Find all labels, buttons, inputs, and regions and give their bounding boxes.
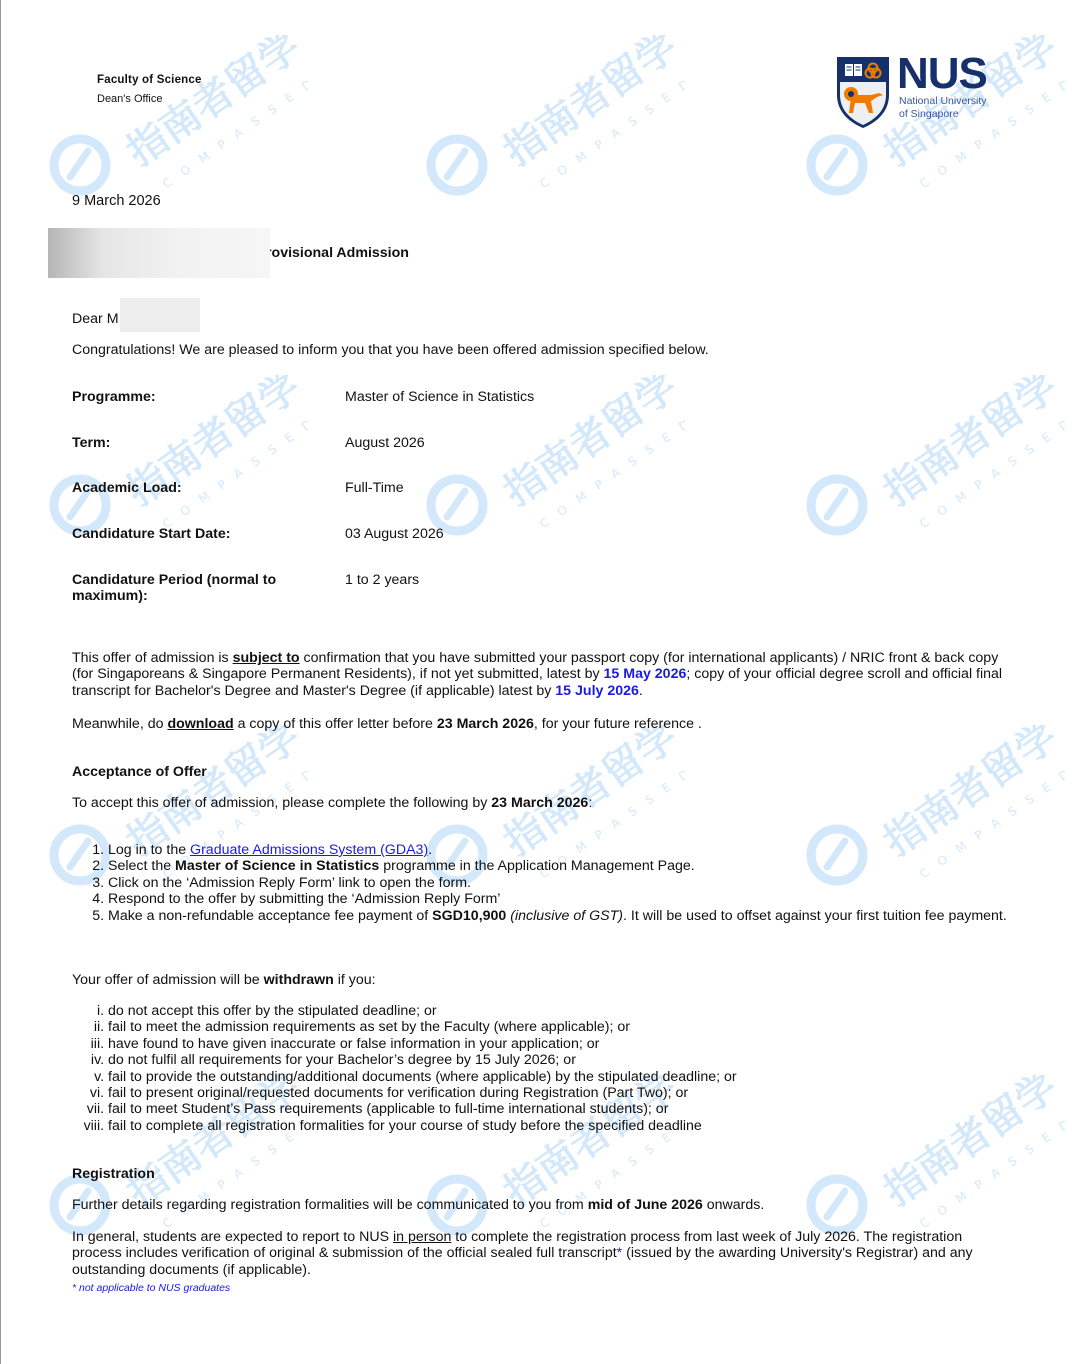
svg-text:指南者留学: 指南者留学 [119, 35, 308, 176]
conditions-paragraph: This offer of admission is subject to co… [72, 650, 1012, 699]
download-paragraph: Meanwhile, do download a copy of this of… [72, 716, 1012, 732]
text: onwards. [703, 1197, 765, 1213]
withdrawal-item: fail to meet the admission requirements … [108, 1019, 1018, 1035]
withdrawal-item: fail to present original/requested docum… [108, 1085, 1018, 1101]
text: Meanwhile, do [72, 716, 167, 732]
footnote: * not applicable to NUS graduates [72, 1282, 230, 1294]
letter-subject: rovisional Admission [266, 245, 409, 261]
dean-office: Dean's Office [97, 93, 162, 105]
redaction-block-name [120, 298, 200, 332]
logo-subtitle: National University of Singapore [899, 95, 987, 121]
text: Select the [108, 858, 175, 874]
gst-note: (inclusive of GST) [510, 908, 623, 924]
acceptance-fee: SGD10,900 [432, 908, 506, 924]
step-item: Respond to the offer by submitting the ‘… [108, 891, 1018, 907]
acceptance-steps-list: Log in to the Graduate Admissions System… [72, 842, 1018, 924]
text: Make a non-refundable acceptance fee pay… [108, 908, 432, 924]
step-item: Make a non-refundable acceptance fee pay… [108, 908, 1018, 924]
deadline-passport: 15 May 2026 [604, 666, 687, 682]
text: Your offer of admission will be [72, 972, 264, 988]
detail-label-start-date: Candidature Start Date: [72, 526, 230, 542]
text: if you: [334, 972, 376, 988]
text: programme in the Application Management … [379, 858, 694, 874]
watermark-compassedu-icon: 指南者留学COMPASSEDU [805, 375, 1065, 545]
svg-text:COMPASSEDU: COMPASSEDU [537, 397, 685, 531]
faculty-name: Faculty of Science [97, 74, 202, 86]
download-deadline: 23 March 2026 [437, 716, 534, 732]
text: To accept this offer of admission, pleas… [72, 795, 491, 811]
detail-label-programme: Programme: [72, 389, 156, 405]
withdrawal-conditions-list: do not accept this offer by the stipulat… [72, 1003, 1018, 1134]
intro-paragraph: Congratulations! We are pleased to infor… [72, 342, 709, 358]
logo-subtitle-line2: of Singapore [899, 108, 987, 121]
svg-text:COMPASSEDU: COMPASSEDU [160, 397, 308, 531]
acceptance-deadline: 23 March 2026 [491, 795, 588, 811]
svg-text:COMPASSEDU: COMPASSEDU [917, 397, 1065, 531]
page-left-border [0, 0, 1, 1364]
text: Further details regarding registration f… [72, 1197, 588, 1213]
subject-to-emphasis: subject to [233, 650, 300, 666]
acceptance-heading: Acceptance of Offer [72, 764, 207, 780]
withdrawal-item: do not accept this offer by the stipulat… [108, 1003, 1018, 1019]
withdrawal-item: fail to complete all registration formal… [108, 1118, 1018, 1134]
nus-logo: NUS National University of Singapore [835, 55, 1010, 130]
withdrawal-item: fail to provide the outstanding/addition… [108, 1069, 1018, 1085]
nus-crest-icon [835, 55, 891, 129]
text: . It will be used to offset against your… [623, 908, 1007, 924]
step-item: Select the Master of Science in Statisti… [108, 858, 1018, 874]
withdrawal-item: do not fulfil all requirements for your … [108, 1052, 1018, 1068]
in-person-emphasis: in person [393, 1229, 451, 1245]
logo-wordmark: NUS [897, 49, 987, 99]
text: , for your future reference . [534, 716, 702, 732]
detail-value-term: August 2026 [345, 435, 425, 451]
step-item: Log in to the Graduate Admissions System… [108, 842, 1018, 858]
withdrawn-emphasis: withdrawn [264, 972, 334, 988]
deadline-transcript: 15 July 2026 [555, 683, 639, 699]
svg-text:COMPASSEDU: COMPASSEDU [537, 57, 685, 191]
redaction-block-subject [48, 228, 270, 278]
svg-text:指南者留学: 指南者留学 [496, 35, 685, 176]
text: In general, students are expected to rep… [72, 1229, 393, 1245]
acceptance-intro: To accept this offer of admission, pleas… [72, 795, 1012, 811]
text: : [588, 795, 592, 811]
detail-value-programme: Master of Science in Statistics [345, 389, 534, 405]
watermark-compassedu-icon: 指南者留学COMPASSEDU [425, 35, 685, 205]
detail-label-academic-load: Academic Load: [72, 480, 182, 496]
registration-heading: Registration [72, 1166, 155, 1182]
text: This offer of admission is [72, 650, 233, 666]
detail-value-start-date: 03 August 2026 [345, 526, 444, 542]
text: . [428, 842, 432, 858]
letter-date: 9 March 2026 [72, 193, 161, 209]
logo-subtitle-line1: National University [899, 95, 987, 108]
watermark-compassedu-icon: 指南者留学COMPASSEDU [48, 35, 308, 205]
text: Log in to the [108, 842, 190, 858]
download-emphasis: download [167, 716, 233, 732]
detail-label-term: Term: [72, 435, 110, 451]
detail-value-academic-load: Full-Time [345, 480, 404, 496]
svg-text:指南者留学: 指南者留学 [876, 375, 1065, 516]
registration-paragraph-2: In general, students are expected to rep… [72, 1229, 1007, 1278]
registration-paragraph-1: Further details regarding registration f… [72, 1197, 1012, 1213]
step-item: Click on the ‘Admission Reply Form’ link… [108, 875, 1018, 891]
gda3-link[interactable]: Graduate Admissions System (GDA3) [190, 842, 428, 858]
text: . [639, 683, 643, 699]
detail-value-candidature-period: 1 to 2 years [345, 572, 419, 588]
registration-notice-date: mid of June 2026 [588, 1197, 703, 1213]
salutation: Dear M [72, 311, 119, 327]
programme-name: Master of Science in Statistics [175, 858, 379, 874]
withdrawal-intro: Your offer of admission will be withdraw… [72, 972, 1012, 988]
text: a copy of this offer letter before [234, 716, 437, 732]
withdrawal-item: have found to have given inaccurate or f… [108, 1036, 1018, 1052]
withdrawal-item: fail to meet Student’s Pass requirements… [108, 1101, 1018, 1117]
detail-label-candidature-period: Candidature Period (normal to maximum): [72, 572, 302, 604]
